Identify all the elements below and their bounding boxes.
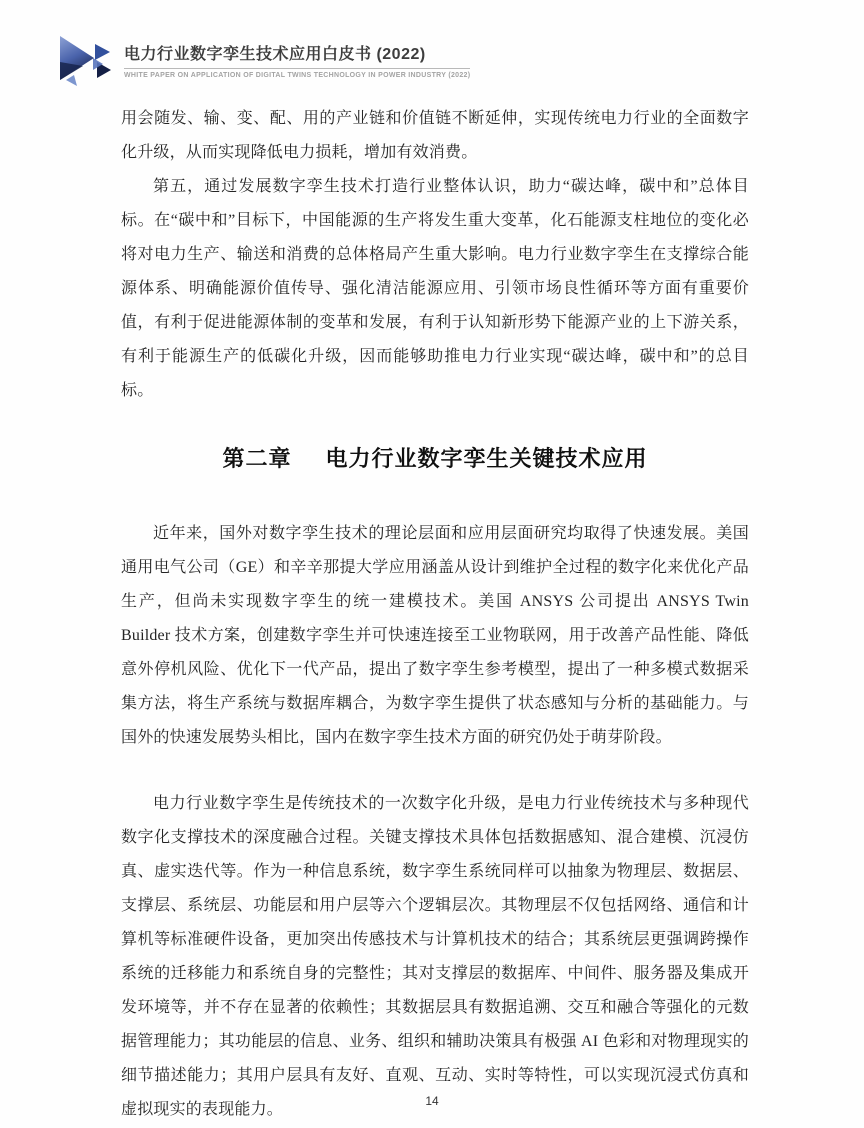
page-footer: 14 (0, 1092, 864, 1110)
doc-title: 电力行业数字孪生技术应用白皮书 (2022) (124, 41, 470, 64)
page-number: 14 (425, 1094, 438, 1108)
doc-subtitle: WHITE PAPER ON APPLICATION OF DIGITAL TW… (124, 68, 470, 79)
body-paragraph: 第五，通过发展数字孪生技术打造行业整体认识，助力“碳达峰，碳中和”总体目标。在“… (121, 170, 749, 408)
body-paragraph: 近年来，国外对数字孪生技术的理论层面和应用层面研究均取得了快速发展。美国通用电气… (121, 517, 749, 755)
text-column: 用会随发、输、变、配、用的产业链和价值链不断延伸，实现传统电力行业的全面数字化升… (121, 102, 749, 1127)
chapter-number: 第二章 (222, 446, 291, 471)
body-paragraph: 用会随发、输、变、配、用的产业链和价值链不断延伸，实现传统电力行业的全面数字化升… (121, 102, 749, 170)
page-header: 电力行业数字孪生技术应用白皮书 (2022) WHITE PAPER ON AP… (57, 31, 470, 89)
chapter-title: 电力行业数字孪生关键技术应用 (326, 446, 648, 471)
document-page: 电力行业数字孪生技术应用白皮书 (2022) WHITE PAPER ON AP… (0, 0, 864, 1128)
body-paragraph: 电力行业数字孪生是传统技术的一次数字化升级，是电力行业传统技术与多种现代数字化支… (121, 787, 749, 1127)
chapter-heading: 第二章电力行业数字孪生关键技术应用 (121, 442, 749, 473)
header-title-block: 电力行业数字孪生技术应用白皮书 (2022) WHITE PAPER ON AP… (124, 31, 470, 79)
whitepaper-logo-icon (57, 31, 111, 89)
